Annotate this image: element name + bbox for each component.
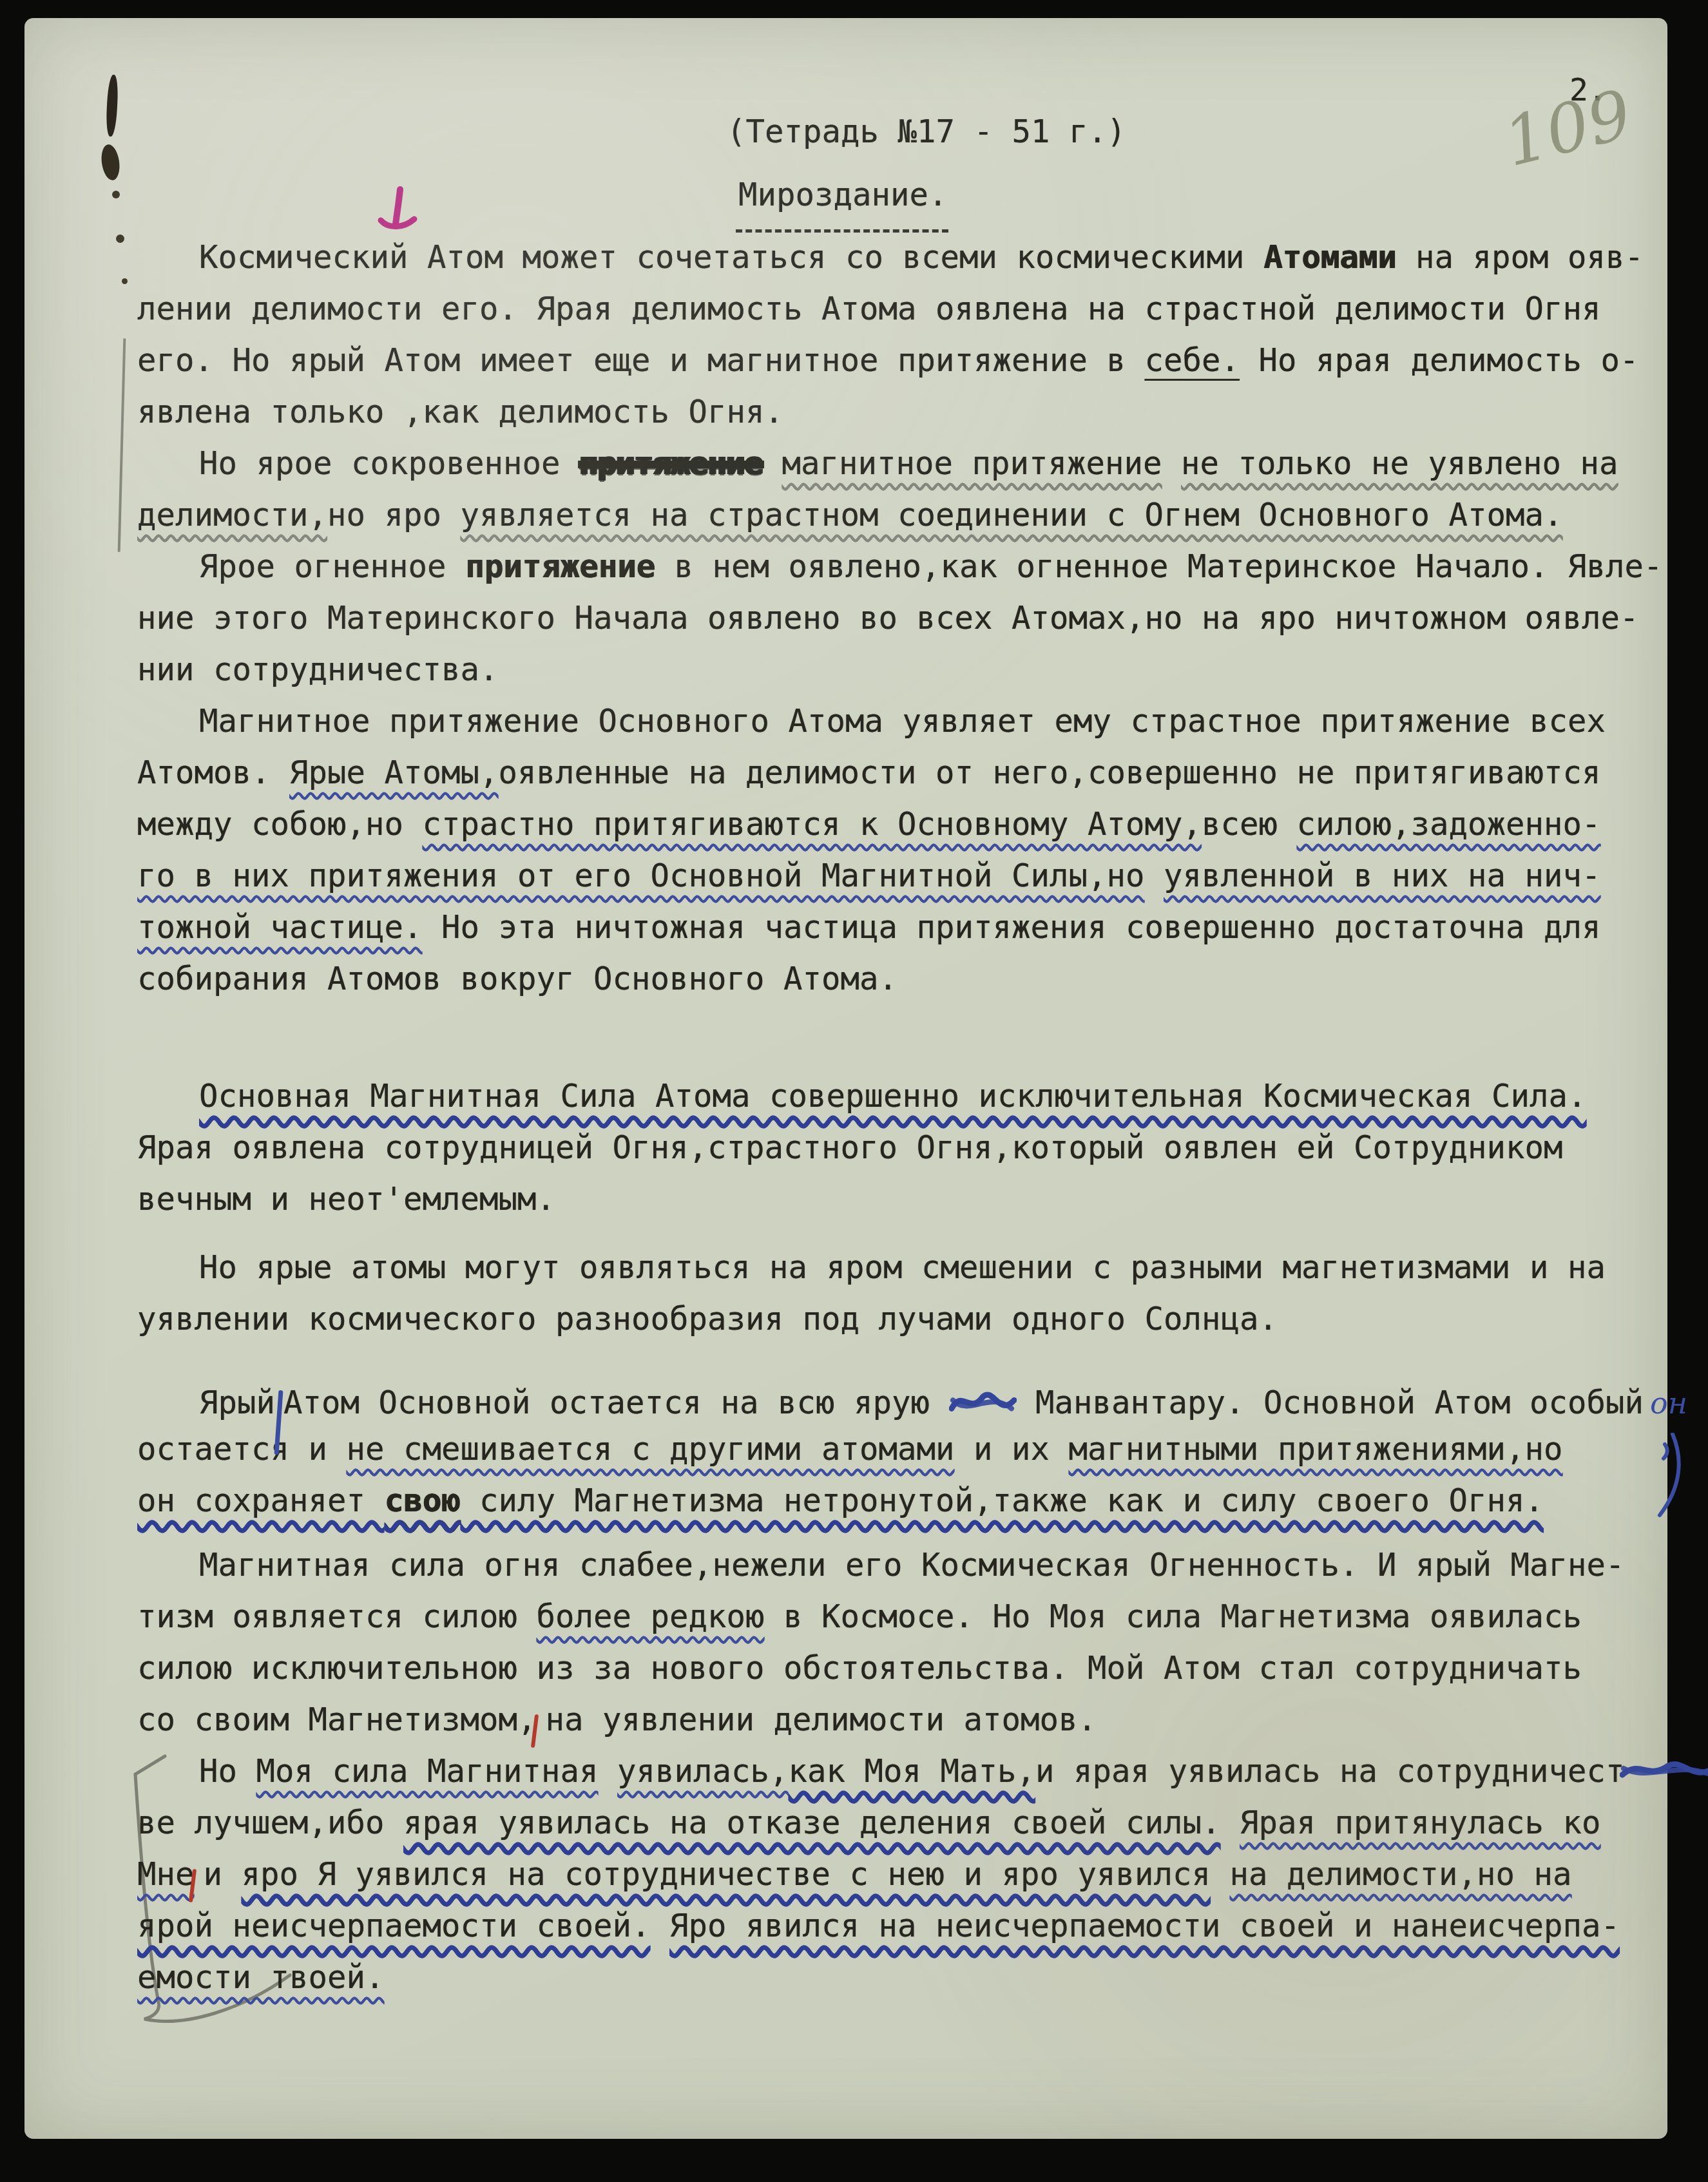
text-run: собирания Атомов вокруг Основного Атома. bbox=[137, 961, 897, 997]
text-run: оявленные на делимости от него,совершенн… bbox=[499, 754, 1601, 791]
text-run: уявляется на страстном соединении с Огне… bbox=[461, 497, 1563, 533]
text-run: Но эта ничтожная частица притяжения сове… bbox=[423, 909, 1601, 946]
text-run bbox=[1145, 857, 1164, 894]
text-run bbox=[651, 1908, 670, 1944]
text-run: в Космосе. Но Моя сила Магнетизма оявила… bbox=[765, 1598, 1582, 1635]
text-line: тизм оявляется силою более редкою в Косм… bbox=[137, 1591, 1667, 1643]
text-run: более редкою bbox=[537, 1598, 765, 1635]
text-run: остается и bbox=[137, 1431, 347, 1468]
text-run: ве лучшем,ибо bbox=[137, 1804, 403, 1841]
scanned-document: (Тетрадь №17 - 51 г.) Мироздание. 2. 109… bbox=[0, 0, 1708, 2182]
handwritten-word: он bbox=[1650, 1386, 1687, 1421]
text-line: ве лучшем,ибо ярая уявилась на отказе де… bbox=[137, 1797, 1667, 1849]
text-run: и bbox=[204, 1856, 242, 1893]
paragraph: Ярое огненное притяжение в нем оявлено,к… bbox=[137, 541, 1667, 696]
text-run: Ярая притянулась ко bbox=[1240, 1804, 1601, 1841]
text-run: его. Но ярый Атом имеет еще и магнитное … bbox=[137, 342, 1145, 379]
text-run: вечным и неот'емлемым. bbox=[137, 1181, 555, 1218]
text-line: Атомов. Ярые Атомы,оявленные на делимост… bbox=[137, 747, 1667, 799]
text-run: яро Я уявился на сотрудничестве с нею и … bbox=[242, 1856, 1211, 1893]
text-run: на яром ояв- bbox=[1397, 239, 1644, 276]
paragraph: Космический Атом может сочетаться со все… bbox=[137, 232, 1667, 438]
text-line: Магнитное притяжение Основного Атома уяв… bbox=[137, 696, 1667, 747]
text-line: Магнитная сила огня слабее,нежели его Ко… bbox=[137, 1540, 1667, 1591]
text-run: Но ярая делимость о- bbox=[1240, 342, 1639, 379]
text-run bbox=[599, 1753, 618, 1790]
text-run bbox=[1211, 1856, 1230, 1893]
text-line: он сохраняет свою силу Магнетизма нетрон… bbox=[137, 1475, 1667, 1527]
text-line: Но ярые атомы могут оявляться на яром см… bbox=[137, 1242, 1667, 1294]
paragraph: Основная Магнитная Сила Атома совершенно… bbox=[137, 1071, 1667, 1225]
text-run: уявилась, bbox=[617, 1753, 789, 1790]
text-run: Моя сила Магнитная bbox=[256, 1753, 599, 1790]
text-line: явлена только ,как делимость Огня. bbox=[137, 387, 1667, 438]
text-run: на уявлении делимости атомов. bbox=[546, 1701, 1097, 1738]
text-line: Космический Атом может сочетаться со все… bbox=[137, 232, 1667, 283]
text-run: емости твоей. bbox=[137, 1959, 385, 1996]
paragraph: Магнитное притяжение Основного Атома уяв… bbox=[137, 696, 1667, 1005]
text-run: не смешивается с другими атомами bbox=[347, 1431, 955, 1468]
text-run: магнитное притяжение bbox=[782, 445, 1162, 482]
text-line: ние этого Материнского Начала оявлено во… bbox=[137, 593, 1667, 644]
text-run: ярая уявилась на отказе деления своей си… bbox=[403, 1804, 1221, 1841]
text-run: и ярая уявилась на сотрудничест bbox=[1035, 1753, 1625, 1790]
text-run: Основная Магнитная Сила Атома совершенно… bbox=[199, 1078, 1587, 1115]
text-run: Атомов. bbox=[137, 754, 289, 791]
text-run: Яро явился на неисчерпаемости своей и на… bbox=[669, 1908, 1620, 1944]
text-run: и их bbox=[955, 1431, 1069, 1468]
ink-scribble bbox=[949, 1385, 1017, 1419]
text-run: Ярое огненное bbox=[199, 548, 465, 585]
paragraph: ЯрыйАтом Основной остается на всю ярую М… bbox=[137, 1372, 1667, 1527]
text-line: уявлении космического разнообразия под л… bbox=[137, 1294, 1667, 1345]
text-line: емости твоей. bbox=[137, 1952, 1667, 2004]
text-run: Магнитная сила огня слабее,нежели его Ко… bbox=[199, 1547, 1625, 1584]
paragraph: Но Моя сила Магнитная уявилась,как Моя М… bbox=[137, 1746, 1667, 2004]
text-line: остается и не смешивается с другими атом… bbox=[137, 1424, 1667, 1475]
text-run: всею bbox=[1202, 806, 1297, 843]
text-run: со своим Магнетизмом, bbox=[137, 1701, 537, 1738]
text-line: лении делимости его. Ярая делимость Атом… bbox=[137, 283, 1667, 335]
text-line: Основная Магнитная Сила Атома совершенно… bbox=[137, 1071, 1667, 1122]
text-run: тизм оявляется силою bbox=[137, 1598, 537, 1635]
text-run: как Моя Мать, bbox=[789, 1753, 1036, 1790]
text-run: ние этого Материнского Начала оявлено во… bbox=[137, 600, 1639, 636]
text-run: Но bbox=[199, 1753, 256, 1790]
text-line: силою исключительною из за нового обстоя… bbox=[137, 1643, 1667, 1694]
text-run: силу Магнетизма нетронутой,также как и с… bbox=[461, 1482, 1544, 1519]
text-run: го в них притяжения от его Основной Магн… bbox=[137, 857, 1145, 894]
text-line: его. Но ярый Атом имеет еще и магнитное … bbox=[137, 335, 1667, 387]
text-run: Магнитное притяжение Основного Атома уяв… bbox=[199, 703, 1606, 740]
text-run: на делимости,но на bbox=[1230, 1856, 1572, 1893]
text-line: ярой неисчерпаемости своей. Яро явился н… bbox=[137, 1900, 1667, 1952]
text-line: нии сотрудничества. bbox=[137, 644, 1667, 696]
text-run: притяжение bbox=[465, 548, 655, 585]
text-line: тожной частице. Но эта ничтожная частица… bbox=[137, 902, 1667, 953]
typed-body: Космический Атом может сочетаться со все… bbox=[24, 18, 1667, 2004]
text-run: но яро bbox=[327, 497, 461, 533]
text-run: Ярые Атомы, bbox=[289, 754, 499, 791]
ink-scribble bbox=[1620, 1757, 1708, 1783]
text-line: между собою,но страстно притягиваются к … bbox=[137, 799, 1667, 850]
text-run: страстно притягиваются к Основному Атому… bbox=[423, 806, 1202, 843]
text-run: между собою,но bbox=[137, 806, 423, 843]
text-run bbox=[1221, 1804, 1240, 1841]
text-run: нии сотрудничества. bbox=[137, 651, 499, 688]
text-run: не только не уявлено на bbox=[1181, 445, 1618, 482]
paragraph: Но ярые атомы могут оявляться на яром см… bbox=[137, 1242, 1667, 1345]
text-run: Ярый bbox=[199, 1384, 275, 1421]
text-line: Но Моя сила Магнитная уявилась,как Моя М… bbox=[137, 1746, 1667, 1797]
text-run: силою,задоженно- bbox=[1297, 806, 1601, 843]
text-run: в нем оявлено,как огненное Материнское Н… bbox=[655, 548, 1663, 585]
paper-sheet: (Тетрадь №17 - 51 г.) Мироздание. 2. 109… bbox=[24, 18, 1667, 2139]
text-line: собирания Атомов вокруг Основного Атома. bbox=[137, 953, 1667, 1005]
text-run: он сохраняет bbox=[137, 1482, 385, 1519]
text-run: явлена только ,как делимость Огня. bbox=[137, 394, 783, 430]
text-line: ЯрыйАтом Основной остается на всю ярую М… bbox=[137, 1372, 1667, 1424]
text-line: Ярое огненное притяжение в нем оявлено,к… bbox=[137, 541, 1667, 593]
text-line: вечным и неот'емлемым. bbox=[137, 1174, 1667, 1225]
text-run: притяжение bbox=[579, 445, 763, 482]
text-run: свою bbox=[385, 1482, 461, 1519]
text-run: ярой неисчерпаемости своей. bbox=[137, 1908, 651, 1944]
text-run: себе. bbox=[1145, 342, 1240, 379]
text-line: Мнеи яро Я уявился на сотрудничестве с н… bbox=[137, 1849, 1667, 1900]
text-run: Но ярое сокровенное bbox=[199, 445, 579, 482]
text-run: Но ярые атомы могут оявляться на яром см… bbox=[199, 1249, 1606, 1286]
text-run: лении делимости его. Ярая делимость Атом… bbox=[137, 291, 1601, 327]
text-run: Атомами bbox=[1263, 239, 1397, 276]
text-run: магнитными притяжениями,но bbox=[1069, 1431, 1563, 1468]
text-line: со своим Магнетизмом,на уявлении делимос… bbox=[137, 1694, 1667, 1746]
text-run: Манвантару. Основной Атом особый bbox=[1017, 1384, 1644, 1421]
text-line: делимости,но яро уявляется на страстном … bbox=[137, 490, 1667, 541]
text-line: Ярая оявлена сотрудницей Огня,страстного… bbox=[137, 1122, 1667, 1174]
text-run: Атом Основной остается на всю ярую bbox=[283, 1384, 949, 1421]
text-run: тожной частице. bbox=[137, 909, 423, 946]
text-line: го в них притяжения от его Основной Магн… bbox=[137, 850, 1667, 902]
text-run: делимости, bbox=[137, 497, 327, 533]
text-line: Но ярое сокровенное притяжение магнитное… bbox=[137, 438, 1667, 490]
text-run: Космический Атом может сочетаться со все… bbox=[199, 239, 1263, 276]
text-run bbox=[763, 445, 782, 482]
text-run: уявлении космического разнообразия под л… bbox=[137, 1301, 1278, 1337]
text-run: Ярая оявлена сотрудницей Огня,страстного… bbox=[137, 1129, 1563, 1166]
text-run: силою исключительною из за нового обстоя… bbox=[137, 1650, 1582, 1687]
text-run: Мне bbox=[137, 1856, 195, 1893]
paragraph: Магнитная сила огня слабее,нежели его Ко… bbox=[137, 1540, 1667, 1746]
text-run: уявленной в них на нич- bbox=[1164, 857, 1601, 894]
paragraph: Но ярое сокровенное притяжение магнитное… bbox=[137, 438, 1667, 541]
text-run bbox=[1162, 445, 1182, 482]
